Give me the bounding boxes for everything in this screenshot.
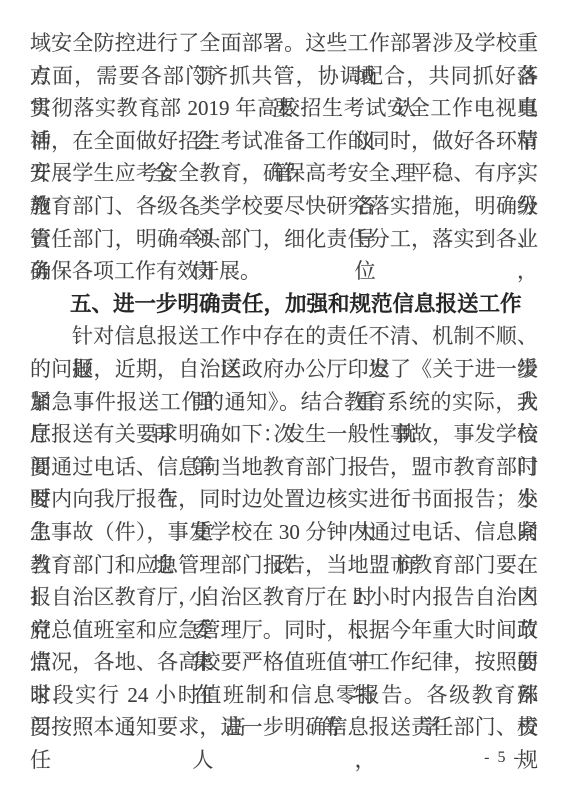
text-line: 针对信息报送工作中存在的责任不清、机制不顺、报送迟缓 [30,320,538,353]
text-line: 贯彻落实教育部 2019 年高校招生考试安全工作电视电话会议精 [30,92,538,125]
text-line: 的问题，近期，自治区政府办公厅印发了《关于进一步加强重大 [30,353,538,386]
text-line: 急事故（件），事发学校在 30 分钟内通过电话、信息向当地政府、 [30,516,538,549]
text-line: 紧急事件报送工作的通知》。结合教育系统的实际，我厅再次就信 [30,386,538,419]
text-line: 责任部门，明确牵头部门，细化责任分工，落实到各业务岗位， [30,223,538,256]
text-line: 开展学生应考安全教育，确保高考安全、平稳、有序实施。各级 [30,157,538,190]
text-line: 方面，需要各部门齐抓共管，协调配合，共同抓好落实。要认真 [30,60,538,93]
document-page: 域安全防控进行了全面部署。这些工作部署涉及学校重点领域各方面，需要各部门齐抓共管… [0,0,571,800]
text-line: 教育部门和应急管理部门报告，当地盟市教育部门要在 1 小时内 [30,549,538,582]
body-text: 域安全防控进行了全面部署。这些工作部署涉及学校重点领域各方面，需要各部门齐抓共管… [30,27,538,744]
text-line: 神，在全面做好招生考试准备工作的同时，做好各环节安全管理， [30,125,538,158]
text-line: 教育部门、各级各类学校要尽快研究落实措施，明确分管领导、 [30,190,538,223]
text-line: 府总值班室和应急管理厅。同时，根据今年重大时间节点集中的 [30,614,538,647]
section-heading: 五、进一步明确责任，加强和规范信息报送工作 [30,288,538,321]
text-line: 息报送有关要求明确如下：发生一般性事故，事发学校要第一时 [30,418,538,451]
text-line: 要按照本通知要求，进一步明确信息报送责任部门、责任人，规 [30,711,538,744]
text-line: 时段实行 24 小时值班制和信息零报告。各级教育部门、高等学校 [30,679,538,712]
text-line: 情况，各地、各高校要严格值班值守工作纪律，按照要求在特殊 [30,646,538,679]
text-line: 域安全防控进行了全面部署。这些工作部署涉及学校重点领域各 [30,27,538,60]
text-line: 时内向我厅报告，同时边处置边核实进行书面报告；发生重大紧 [30,483,538,516]
page-number: - 5 - [455,746,550,770]
text-line: 间通过电话、信息向当地教育部门报告，盟市教育部门要在 1 小 [30,451,538,484]
text-line: 报自治区教育厅，自治区教育厅在 2 小时内报告自治区党委、政 [30,581,538,614]
